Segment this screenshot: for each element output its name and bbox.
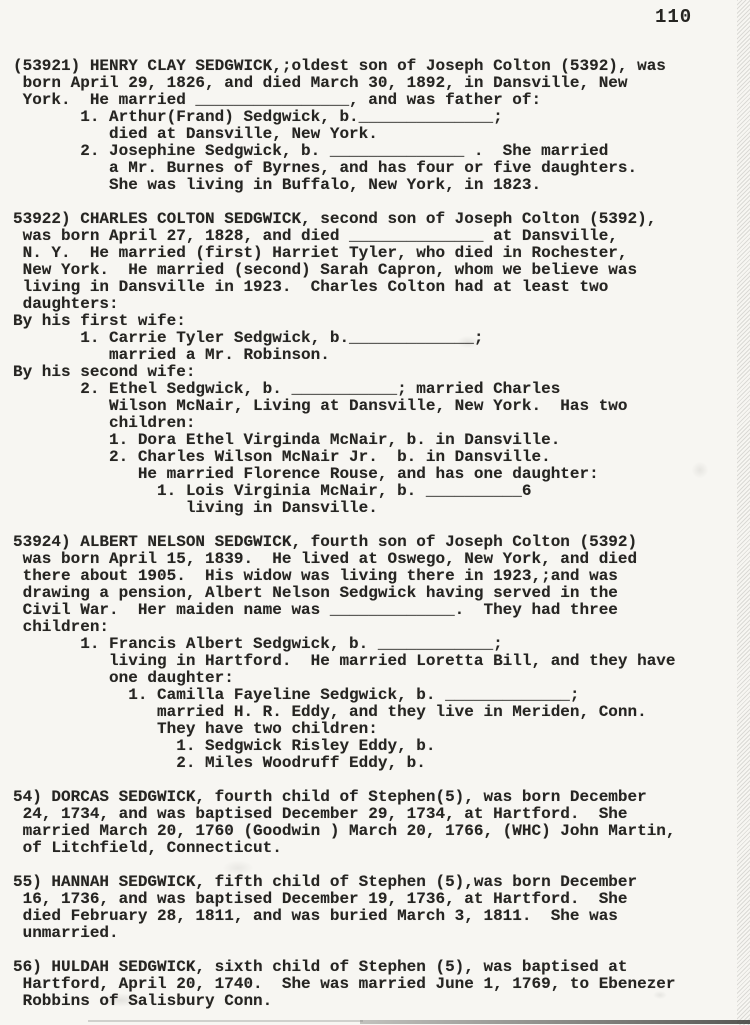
page-number: 110: [655, 6, 692, 28]
text-line: 1. Dora Ethel Virginda McNair, b. in Dan…: [13, 432, 676, 449]
text-line: died February 28, 1811, and was buried M…: [13, 908, 676, 925]
text-line: married March 20, 1760 (Goodwin ) March …: [13, 823, 676, 840]
text-line: a Mr. Burnes of Byrnes, and has four or …: [13, 160, 676, 177]
text-line: 53922) CHARLES COLTON SEDGWICK, second s…: [13, 211, 676, 228]
text-line: living in Dansville in 1923. Charles Col…: [13, 279, 676, 296]
text-line: was born April 15, 1839. He lived at Osw…: [13, 551, 676, 568]
text-line: 1. Camilla Fayeline Sedgwick, b. _______…: [13, 687, 676, 704]
text-line: 1. Arthur(Frand) Sedgwick, b.___________…: [13, 109, 676, 126]
text-line: 24, 1734, and was baptised December 29, …: [13, 806, 676, 823]
text-line: Civil War. Her maiden name was _________…: [13, 602, 676, 619]
text-line: York. He married ________________, and w…: [13, 92, 676, 109]
text-line: daughters:: [13, 296, 676, 313]
text-line: 1. Sedgwick Risley Eddy, b.: [13, 738, 676, 755]
text-line: Robbins of Salisbury Conn.: [13, 993, 676, 1010]
text-line: married H. R. Eddy, and they live in Mer…: [13, 704, 676, 721]
text-line: unmarried.: [13, 925, 676, 942]
text-line: 2. Josephine Sedgwick, b. ______________…: [13, 143, 676, 160]
text-line: living in Hartford. He married Loretta B…: [13, 653, 676, 670]
text-line: He married Florence Rouse, and has one d…: [13, 466, 676, 483]
section-56: 56) HULDAH SEDGWICK, sixth child of Step…: [13, 959, 676, 1010]
text-line: Wilson McNair, Living at Dansville, New …: [13, 398, 676, 415]
text-line: 54) DORCAS SEDGWICK, fourth child of Ste…: [13, 789, 676, 806]
text-line: drawing a pension, Albert Nelson Sedgwic…: [13, 585, 676, 602]
section-53922: 53922) CHARLES COLTON SEDGWICK, second s…: [13, 211, 676, 517]
text-line: 2. Miles Woodruff Eddy, b.: [13, 755, 676, 772]
scan-edge-texture: [737, 0, 750, 1025]
text-line: 55) HANNAH SEDGWICK, fifth child of Step…: [13, 874, 676, 891]
section-55: 55) HANNAH SEDGWICK, fifth child of Step…: [13, 874, 676, 942]
text-line: one daughter:: [13, 670, 676, 687]
text-line: N. Y. He married (first) Harriet Tyler, …: [13, 245, 676, 262]
text-line: 16, 1736, and was baptised December 19, …: [13, 891, 676, 908]
text-line: children:: [13, 415, 676, 432]
text-line: married a Mr. Robinson.: [13, 347, 676, 364]
text-line: died at Dansville, New York.: [13, 126, 676, 143]
scan-bottom-band: [360, 1020, 750, 1024]
text-line: was born April 27, 1828, and died ______…: [13, 228, 676, 245]
scan-bottom-line: [88, 1020, 363, 1022]
text-line: (53921) HENRY CLAY SEDGWICK,;oldest son …: [13, 58, 676, 75]
document-page: 110 (53921) HENRY CLAY SEDGWICK,;oldest …: [0, 0, 750, 1025]
text-line: 2. Charles Wilson McNair Jr. b. in Dansv…: [13, 449, 676, 466]
section-53924: 53924) ALBERT NELSON SEDGWICK, fourth so…: [13, 534, 676, 772]
text-line: Hartford, April 20, 1740. She was marrie…: [13, 976, 676, 993]
text-line: By his second wife:: [13, 364, 676, 381]
text-line: New York. He married (second) Sarah Capr…: [13, 262, 676, 279]
text-line: 53924) ALBERT NELSON SEDGWICK, fourth so…: [13, 534, 676, 551]
text-line: By his first wife:: [13, 313, 676, 330]
text-line: 56) HULDAH SEDGWICK, sixth child of Step…: [13, 959, 676, 976]
document-text: (53921) HENRY CLAY SEDGWICK,;oldest son …: [13, 58, 676, 1010]
text-line: living in Dansville.: [13, 500, 676, 517]
text-line: 2. Ethel Sedgwick, b. ___________; marri…: [13, 381, 676, 398]
text-line: 1. Lois Virginia McNair, b. __________6: [13, 483, 676, 500]
text-line: She was living in Buffalo, New York, in …: [13, 177, 676, 194]
text-line: 1. Francis Albert Sedgwick, b. _________…: [13, 636, 676, 653]
text-line: 1. Carrie Tyler Sedgwick, b.____________…: [13, 330, 676, 347]
text-line: They have two children:: [13, 721, 676, 738]
text-line: born April 29, 1826, and died March 30, …: [13, 75, 676, 92]
text-line: children:: [13, 619, 676, 636]
text-line: there about 1905. His widow was living t…: [13, 568, 676, 585]
section-54: 54) DORCAS SEDGWICK, fourth child of Ste…: [13, 789, 676, 857]
section-53921: (53921) HENRY CLAY SEDGWICK,;oldest son …: [13, 58, 676, 194]
text-line: of Litchfield, Connecticut.: [13, 840, 676, 857]
